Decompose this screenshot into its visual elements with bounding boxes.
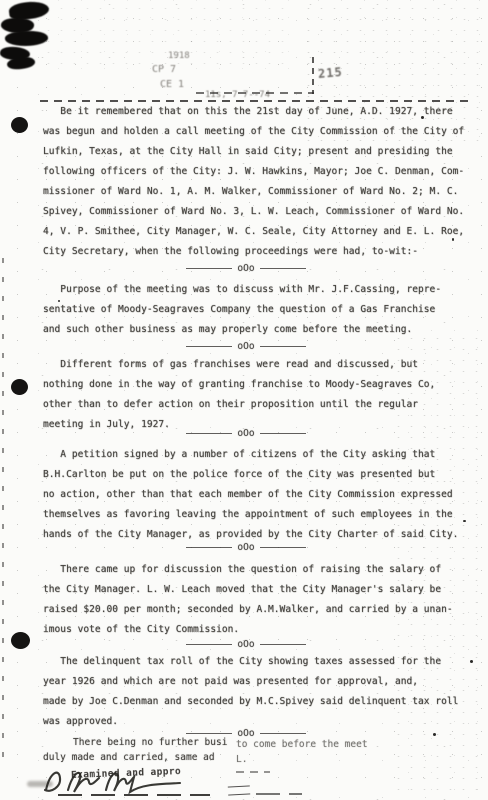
separator-line: [186, 644, 232, 645]
separator-line: [186, 268, 232, 269]
text-line: A petition signed by a number of citizen…: [43, 445, 479, 465]
text-line: themselves as favoring leaving the appoi…: [43, 505, 479, 525]
separator-label: oOo: [237, 639, 254, 650]
separator-line: [186, 433, 232, 434]
text-line: nothing done in the way of granting fran…: [43, 375, 479, 395]
text-line: was begun and holden a call meeting of t…: [43, 122, 479, 142]
text-line: Spivey, Commissioner of Ward No. 3, L. W…: [43, 202, 479, 222]
section-separator: oOo: [148, 540, 344, 554]
text-line: 4, V. P. Smithee, City Manager, W. C. Se…: [43, 222, 479, 242]
separator-line: [186, 733, 232, 734]
hole-punch: [11, 379, 28, 395]
separator-line: [260, 268, 306, 269]
signature-underline: [256, 793, 302, 795]
text-line: sentative of Moody-Seagraves Company the…: [43, 300, 479, 320]
hole-punch: [11, 632, 30, 649]
paragraph-salary-raise: There came up for discussion the questio…: [43, 560, 479, 640]
text-line: year 1926 and which are not paid was pre…: [43, 672, 479, 692]
separator-label: oOo: [237, 428, 254, 439]
separator-label: oOo: [237, 728, 254, 739]
pencil-mark-top: 1918: [168, 51, 190, 61]
paragraph-meeting-opening: Be it remembered that on this the 21st d…: [43, 102, 479, 262]
pencil-box-line: [312, 57, 314, 94]
separator-line: [260, 433, 306, 434]
scan-speck: [470, 660, 473, 663]
separator-label: oOo: [237, 542, 254, 553]
faded-mark: [236, 771, 270, 773]
pencil-box-line: [196, 92, 314, 94]
pencil-mark-cp: CP 7: [152, 64, 176, 75]
paragraph-gas-franchise-discussion: Different forms of gas franchises were r…: [43, 355, 479, 435]
separator-line: [260, 733, 306, 734]
text-line: Different forms of gas franchises were r…: [43, 355, 479, 375]
pencil-mark-ce: CE 1: [160, 79, 184, 90]
signature-flourish: [228, 785, 250, 795]
closing-line-fragment: L.: [236, 754, 247, 765]
signature-underline: [58, 794, 210, 796]
text-line: Be it remembered that on this the 21st d…: [43, 102, 479, 122]
text-line: the City Manager. L. W. Leach moved that…: [43, 580, 479, 600]
text-line: Purpose of the meeting was to discuss wi…: [43, 280, 479, 300]
text-line: Lufkin, Texas, at the City Hall in said …: [43, 142, 479, 162]
page-number-mark: 215: [317, 65, 343, 81]
paragraph-delinquent-tax-roll: The delinquent tax roll of the City show…: [43, 652, 479, 732]
scan-speck: [433, 733, 436, 736]
text-line: There came up for discussion the questio…: [43, 560, 479, 580]
text-line: B.H.Carlton be put on the police force o…: [43, 465, 479, 485]
text-line: raised $20.00 per month; seconded by A.M…: [43, 600, 479, 620]
text-line: other than to defer action on their prop…: [43, 395, 479, 415]
hole-punch: [11, 117, 28, 133]
text-line: following officers of the City: J. W. Ha…: [43, 162, 479, 182]
closing-line-fragment: to come before the meet: [236, 739, 368, 750]
margin-dash-line: [2, 258, 4, 770]
scan-speck: [452, 238, 454, 241]
section-separator: oOo: [148, 339, 344, 353]
separator-line: [260, 547, 306, 548]
closing-line-fragment: There being no further busi: [73, 737, 227, 748]
separator-line: [186, 346, 232, 347]
scan-speck: [58, 300, 60, 302]
separator-label: oOo: [237, 341, 254, 352]
separator-line: [260, 346, 306, 347]
text-line: The delinquent tax roll of the City show…: [43, 652, 479, 672]
scan-noise-patch: [40, 0, 290, 70]
text-line: and such other business as may properly …: [43, 320, 479, 340]
text-line: no action, other than that each member o…: [43, 485, 479, 505]
paragraph-police-petition: A petition signed by a number of citizen…: [43, 445, 479, 545]
text-line: City Secretary, when the following proce…: [43, 242, 479, 262]
scan-artifact-blob: [5, 30, 49, 48]
scan-speck: [463, 520, 466, 522]
text-line: missioner of Ward No. 1, A. M. Walker, C…: [43, 182, 479, 202]
separator-label: oOo: [237, 263, 254, 274]
section-separator: oOo: [148, 261, 344, 275]
scan-speck: [421, 116, 424, 119]
separator-line: [186, 547, 232, 548]
paragraph-meeting-purpose: Purpose of the meeting was to discuss wi…: [43, 280, 479, 340]
scanned-document-page: 1918 CP 7 CE 1 11s, 7 7--74 215 Be it re…: [0, 0, 488, 800]
section-separator: oOo: [148, 426, 344, 440]
section-separator: oOo: [148, 637, 344, 651]
separator-line: [260, 644, 306, 645]
text-line: made by Joe C.Denman and seconded by M.C…: [43, 692, 479, 712]
